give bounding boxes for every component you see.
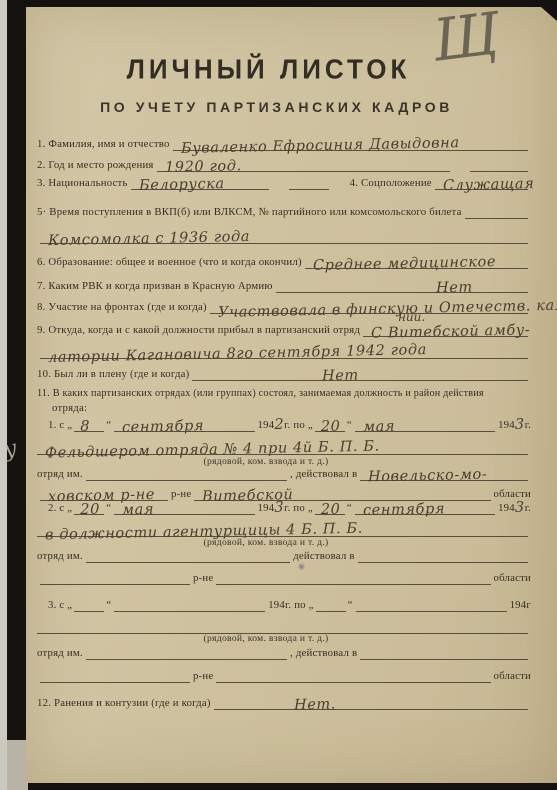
field-underline — [465, 203, 528, 219]
field-row-origin: 9. Откуда, когда и с какой должности при… — [37, 321, 531, 337]
field-underline — [40, 667, 190, 683]
field-underline — [470, 156, 528, 172]
day-handwritten: 8 — [80, 420, 90, 435]
field-row-wounds: 12. Ранения и контузии (где и когда) Нет… — [37, 694, 531, 710]
printed-text: 194 — [498, 502, 515, 515]
printed-text: 194 — [268, 599, 285, 612]
field-label: отряда: — [52, 402, 87, 415]
printed-text: действовал в — [293, 550, 354, 563]
day-underline: 20 — [315, 499, 345, 515]
printed-text: отряд им. — [37, 550, 83, 563]
paper-corner-fold — [541, 7, 557, 21]
printed-text: 194 — [498, 419, 515, 432]
acted-handwritten: Новельско-мо- — [368, 467, 488, 484]
field-row-fronts: 8. Участие на фронтах (где и когда) Учас… — [37, 298, 531, 314]
field-underline — [358, 547, 528, 563]
field-underline: Новельско-мо- — [360, 465, 528, 481]
field-underline: Буваленко Ефросиния Давыдовна — [173, 135, 528, 151]
service-row-3-unit: отряд им. , действовал в — [37, 644, 531, 660]
month-underline: сентября — [114, 416, 254, 432]
field-value-handwritten: С Витебской амбу- — [371, 323, 531, 341]
printed-text: отряд им. — [37, 468, 83, 481]
field-value-handwritten: 1920 год. — [164, 159, 241, 175]
field-underline: Среднее медицинское — [305, 253, 528, 269]
printed-text: “ — [106, 599, 111, 612]
field-row-units-header: 11. В каких партизанских отрядах (или гр… — [37, 384, 531, 400]
scan-shadow-band — [7, 0, 28, 745]
form-subtitle: ПО УЧЕТУ ПАРТИЗАНСКИХ КАДРОВ — [26, 99, 557, 115]
printed-text: “ — [106, 419, 111, 432]
field-underline: Служащая — [435, 174, 528, 190]
field-row-captivity: 10. Был ли в плену (где и когда) Нет — [37, 365, 531, 381]
field-value-handwritten: Служащая — [443, 177, 535, 193]
field-value-handwritten: Участвовала в финскую и Отечеств. кампа- — [218, 298, 557, 320]
year-digit-handwritten: 3 — [515, 418, 525, 433]
day-handwritten: 20 — [321, 503, 341, 518]
field-value-handwritten: латории Кагановича 8го сентября 1942 год… — [48, 343, 427, 365]
field-label: 1. Фамилия, имя и отчество — [37, 138, 170, 151]
field-underline: 1920 год. — [157, 156, 450, 172]
service-row-1-position: Фельдшером отряда № 4 при 4й Б. П. Б. — [34, 439, 531, 455]
field-underline — [289, 174, 329, 190]
month-handwritten: сентября — [122, 419, 204, 435]
field-value-handwritten: Буваленко Ефросиния Давыдовна — [181, 136, 460, 156]
field-row-origin-value: латории Кагановича 8го сентября 1942 год… — [37, 343, 531, 359]
field-underline: Фельдшером отряда № 4 при 4й Б. П. Б. — [37, 439, 528, 455]
year-digit-handwritten: 2 — [274, 418, 284, 433]
field-value-handwritten: Среднее медицинское — [313, 255, 496, 273]
field-row-education: 6. Образование: общее и военное (что и к… — [37, 253, 531, 269]
field-label: 3. Национальность — [37, 177, 128, 190]
field-value-handwritten: Комсомолка с 1936 года — [48, 229, 250, 248]
month-underline: сентября — [355, 499, 495, 515]
printed-text: , действовал в — [290, 647, 357, 660]
field-underline: Нет. — [214, 694, 528, 710]
field-underline — [40, 569, 190, 585]
field-row-units-header2: отряда: — [52, 399, 531, 415]
field-row-rvk: 7. Каким РВК и когда призван в Красную А… — [37, 277, 531, 293]
field-label: 6. Образование: общее и военное (что и к… — [37, 256, 302, 269]
field-underline — [86, 547, 290, 563]
scanner-edge-strip — [0, 0, 7, 790]
service-row-2-unit: отряд им. действовал в — [37, 547, 531, 563]
service-row-2-position: в должности агентурщицы 4 Б. П. Б. — [34, 521, 531, 537]
printed-text: “ — [347, 419, 352, 432]
month-handwritten: мая — [363, 419, 395, 434]
field-row-party: 5· Время поступления в ВКП(б) или ВЛКСМ,… — [37, 203, 531, 219]
printed-text: “ — [347, 502, 352, 515]
day-underline — [316, 596, 346, 612]
month-handwritten: сентября — [363, 502, 445, 518]
field-underline: в должности агентурщицы 4 Б. П. Б. — [37, 521, 528, 537]
service-row-3-position — [34, 618, 531, 634]
field-row-surname: 1. Фамилия, имя и отчество Буваленко Ефр… — [37, 135, 531, 151]
day-underline: 8 — [74, 416, 104, 432]
field-row-nationality: 3. Национальность Белоруска 4. Соцположе… — [37, 174, 531, 190]
printed-text: г. по „ — [284, 502, 313, 515]
service-row-2-dates: 2. с „ 20 “ мая 194 3 г. по „ 20 “ сентя… — [48, 499, 531, 515]
printed-text: 1. с „ — [48, 419, 72, 432]
month-underline — [114, 596, 265, 612]
printed-text: р-не — [193, 572, 213, 585]
printed-text: области — [494, 670, 532, 683]
service-row-2-district: р-не области — [37, 569, 531, 585]
day-underline — [74, 596, 104, 612]
year-digit-handwritten: 3 — [515, 501, 525, 516]
field-underline — [360, 644, 528, 660]
service-row-3-dates: 3. с „ “ 194 г. по „ “ 194 г — [48, 596, 531, 612]
field-underline — [216, 667, 490, 683]
field-underline: С Витебской амбу- — [363, 321, 528, 337]
month-underline: мая — [114, 499, 254, 515]
scanned-document: Щ у ЛИЧНЫЙ ЛИСТОК ПО УЧЕТУ ПАРТИЗАНСКИХ … — [0, 0, 557, 790]
field-underline: Комсомолка с 1936 года — [40, 228, 528, 244]
service-row-3-district: р-не области — [37, 667, 531, 683]
printed-text: отряд им. — [37, 647, 83, 660]
field-underline — [86, 465, 287, 481]
month-underline — [356, 596, 507, 612]
rank-note: (рядовой, ком. взвода и т. д.) — [136, 633, 396, 644]
service-row-1-dates: 1. с „ 8 “ сентября 194 2 г. по „ 20 “ м… — [48, 416, 531, 432]
form-title: ЛИЧНЫЙ ЛИСТОК — [26, 53, 557, 86]
field-label: 4. Соцположение — [350, 177, 432, 190]
printed-text: 194 — [258, 419, 275, 432]
field-label: 7. Каким РВК и когда призван в Красную А… — [37, 280, 273, 293]
field-value-handwritten: Белоруска — [138, 177, 224, 193]
field-value-handwritten: Нет. — [294, 697, 336, 712]
field-underline: Участвовала в финскую и Отечеств. кампа- — [210, 298, 528, 314]
form-paper: Щ у ЛИЧНЫЙ ЛИСТОК ПО УЧЕТУ ПАРТИЗАНСКИХ … — [26, 7, 557, 783]
printed-text: г. по „ — [284, 419, 313, 432]
printed-text: 194 — [510, 599, 527, 612]
field-row-birth: 2. Год и место рождения 1920 год. — [37, 156, 531, 172]
printed-text: , действовал в — [290, 468, 357, 481]
printed-text: г. по „ — [285, 599, 314, 612]
printed-text: г. — [525, 419, 531, 432]
month-underline: мая — [355, 416, 495, 432]
field-label: 2. Год и место рождения — [37, 159, 154, 172]
field-underline: Нет — [192, 365, 528, 381]
field-underline — [86, 644, 287, 660]
day-underline: 20 — [315, 416, 345, 432]
field-value-handwritten: Нет — [322, 368, 359, 383]
day-handwritten: 20 — [80, 503, 100, 518]
printed-text: р-не — [193, 670, 213, 683]
scan-shadow-fade — [7, 740, 28, 790]
printed-text: 2. с „ — [48, 502, 72, 515]
year-digit-handwritten: 3 — [274, 501, 284, 516]
printed-text: г. — [525, 502, 531, 515]
field-row-party-value: Комсомолка с 1936 года — [37, 228, 531, 244]
day-handwritten: 20 — [321, 420, 341, 435]
day-underline: 20 — [74, 499, 104, 515]
printed-text: “ — [106, 502, 111, 515]
field-label: 10. Был ли в плену (где и когда) — [37, 368, 189, 381]
field-value-handwritten: Нет — [435, 280, 472, 295]
printed-text: г — [526, 599, 531, 612]
field-label: 9. Откуда, когда и с какой должности при… — [37, 324, 360, 337]
printed-text: “ — [348, 599, 353, 612]
service-row-1-unit: отряд им. , действовал в Новельско-мо- — [37, 465, 531, 481]
printed-text: 3. с „ — [48, 599, 72, 612]
field-underline — [37, 618, 528, 634]
month-handwritten: мая — [122, 502, 154, 517]
field-underline — [216, 569, 490, 585]
field-underline: латории Кагановича 8го сентября 1942 год… — [40, 343, 528, 359]
field-underline: Белоруска — [131, 174, 269, 190]
printed-text: 194 — [258, 502, 275, 515]
field-label: 5· Время поступления в ВКП(б) или ВЛКСМ,… — [37, 206, 462, 219]
field-label: 8. Участие на фронтах (где и когда) — [37, 301, 207, 314]
field-label: 12. Ранения и контузии (где и когда) — [37, 697, 211, 710]
printed-text: области — [494, 572, 532, 585]
field-underline: Нет — [276, 277, 528, 293]
